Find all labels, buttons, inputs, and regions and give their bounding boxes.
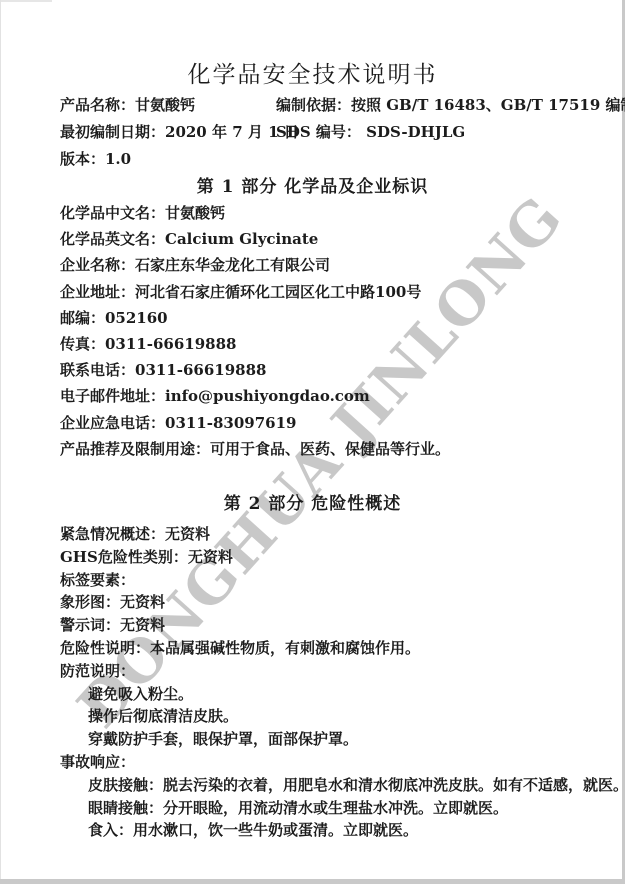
meta-row: 最初编制日期：2020 年 7 月 1 日 SDS 编号： SDS-DHJLG [0,119,625,146]
page-title: 化学品安全技术说明书 [0,56,625,89]
compilation-basis-field: 编制依据：按照 GB/T 16483、GB/T 17519 编制 [276,92,625,119]
version-field: 版本：1.0 [60,146,131,173]
document-page: DONGHUA JINLONG 化学品安全技术说明书 产品名称：甘氨酸钙 编制依… [0,0,625,884]
document-line: 穿戴防护手套，眼保护罩，面部保护罩。 [60,728,600,751]
document-line: 事故响应： [60,751,600,774]
document-line: 邮编：052160 [60,305,600,331]
document-line: 化学品英文名：Calcium Glycinate [60,226,600,252]
document-line: 防范说明： [60,660,600,683]
document-line: GHS危险性类别：无资料 [60,546,600,569]
product-name-field: 产品名称：甘氨酸钙 [60,92,195,119]
sds-number-field: SDS 编号： SDS-DHJLG [276,119,465,146]
document-meta: 产品名称：甘氨酸钙 编制依据：按照 GB/T 16483、GB/T 17519 … [0,92,625,173]
document-line: 化学品中文名：甘氨酸钙 [60,200,600,226]
document-line: 紧急情况概述：无资料 [60,523,600,546]
section-1-body: 化学品中文名：甘氨酸钙化学品英文名：Calcium Glycinate企业名称：… [60,200,600,462]
meta-row: 产品名称：甘氨酸钙 编制依据：按照 GB/T 16483、GB/T 17519 … [0,92,625,119]
document-line: 危险性说明：本品属强碱性物质，有刺激和腐蚀作用。 [60,637,600,660]
document-line: 标签要素： [60,569,600,592]
document-line: 警示词：无资料 [60,614,600,637]
document-line: 联系电话：0311-66619888 [60,357,600,383]
section-1-heading: 第 1 部分 化学品及企业标识 [0,172,625,197]
document-line: 企业地址：河北省石家庄循环化工园区化工中路100号 [60,279,600,305]
document-content: 化学品安全技术说明书 产品名称：甘氨酸钙 编制依据：按照 GB/T 16483、… [0,0,625,884]
section-2-heading: 第 2 部分 危险性概述 [0,489,625,514]
document-line: 眼睛接触：分开眼睑，用流动清水或生理盐水冲洗。立即就医。 [60,797,600,820]
document-line: 皮肤接触：脱去污染的衣着，用肥皂水和清水彻底冲洗皮肤。如有不适感，就医。 [60,774,600,797]
section-2-body: 紧急情况概述：无资料GHS危险性类别：无资料标签要素：象形图：无资料警示词：无资… [60,523,600,842]
document-line: 象形图：无资料 [60,591,600,614]
document-line: 传真：0311-66619888 [60,331,600,357]
document-line: 企业名称：石家庄东华金龙化工有限公司 [60,252,600,278]
meta-row: 版本：1.0 [0,146,625,173]
initial-date-field: 最初编制日期：2020 年 7 月 1 日 [60,119,299,146]
document-line: 食入：用水漱口，饮一些牛奶或蛋清。立即就医。 [60,819,600,842]
document-line: 电子邮件地址：info@pushiyongdao.com [60,383,600,409]
document-line: 避免吸入粉尘。 [60,683,600,706]
document-line: 操作后彻底清洁皮肤。 [60,705,600,728]
document-line: 产品推荐及限制用途：可用于食品、医药、保健品等行业。 [60,436,600,462]
document-line: 企业应急电话：0311-83097619 [60,410,600,436]
